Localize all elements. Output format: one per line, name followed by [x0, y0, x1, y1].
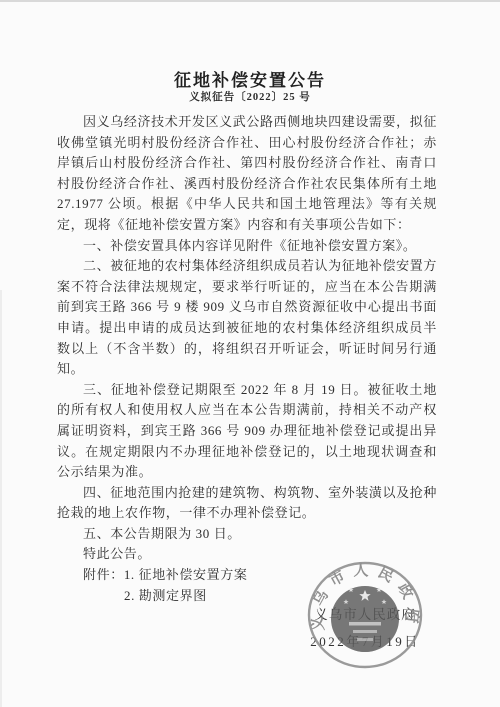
national-emblem-icon [331, 586, 399, 652]
body-paragraph-item-4: 四、征地范围内抢建的建筑物、构筑物、室外装潢以及抢种抢栽的地上农作物，一律不办理… [57, 483, 437, 524]
body-paragraph-intro: 因义乌经济技术开发区义武公路西侧地块四建设需要，拟征收佛堂镇光明村股份经济合作社… [57, 112, 437, 236]
body-paragraph-item-2: 二、被征地的农村集体经济组织成员若认为征地补偿安置方案不符合法律法规规定，要求举… [57, 256, 437, 380]
scan-edge-left [0, 290, 2, 707]
doc-number: 义拟征告〔2022〕25 号 [0, 89, 500, 104]
announcement-body: 因义乌经济技术开发区义武公路西侧地块四建设需要，拟征收佛堂镇光明村股份经济合作社… [57, 112, 437, 606]
attachment-item: 1. 征地补偿安置方案 [124, 567, 248, 582]
body-paragraph-item-1: 一、补偿安置具体内容详见附件《征地补偿安置方案》。 [57, 236, 437, 257]
attachments-label: 附件： [83, 567, 124, 582]
official-seal: 义乌市人民政府 [302, 555, 428, 675]
body-paragraph-item-3: 三、征地补偿登记期限至 2022 年 8 月 19 日。被征收土地的所有权人和使… [57, 380, 437, 483]
scan-edge-top [0, 0, 500, 2]
scanned-announcement-page: 征地补偿安置公告 义拟征告〔2022〕25 号 因义乌经济技术开发区义武公路西侧… [0, 0, 500, 707]
body-paragraph-item-5: 五、本公告期限为 30 日。 [57, 524, 437, 545]
page-title: 征地补偿安置公告 [0, 66, 500, 91]
